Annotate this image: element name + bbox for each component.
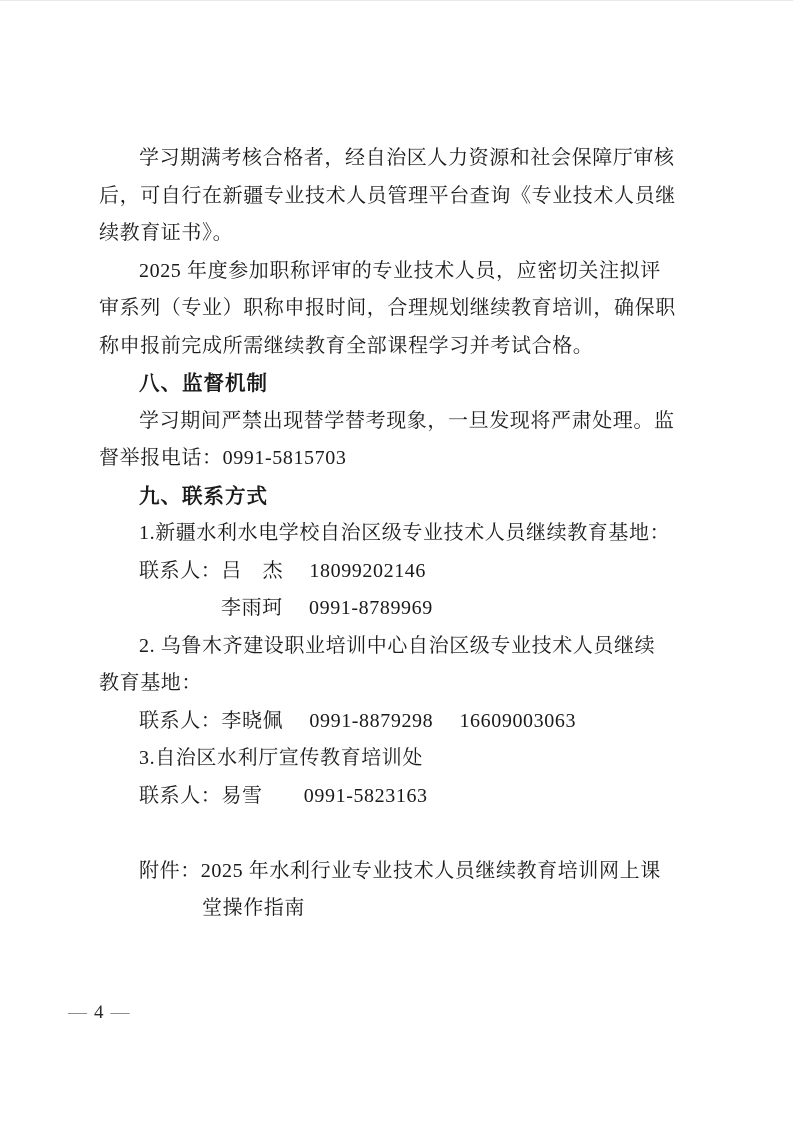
page-number-dash-left: — (68, 1002, 88, 1023)
section-heading-contacts: 九、联系方式 (99, 478, 699, 516)
paragraph-line: 2025 年度参加职称评审的专业技术人员，应密切关注拟评 (99, 253, 699, 291)
paragraph-line: 称申报前完成所需继续教育全部课程学习并考试合格。 (99, 328, 699, 366)
document-page: 学习期满考核合格者，经自治区人力资源和社会保障厅审核 后，可自行在新疆专业技术人… (0, 0, 793, 1123)
contact-base2-person: 联系人：李晓佩 0991-8879298 16609003063 (99, 703, 699, 741)
contact-base1-person1: 联系人：吕 杰 18099202146 (99, 553, 699, 591)
paragraph-line: 学习期满考核合格者，经自治区人力资源和社会保障厅审核 (99, 140, 699, 178)
attachment-note-cont: 堂操作指南 (99, 890, 699, 928)
document-body: 学习期满考核合格者，经自治区人力资源和社会保障厅审核 后，可自行在新疆专业技术人… (99, 140, 699, 928)
page-number-dash-right: — (111, 1002, 131, 1023)
contact-base1-title: 1.新疆水利水电学校自治区级专业技术人员继续教育基地： (99, 515, 699, 553)
attachment-note: 附件：2025 年水利行业专业技术人员继续教育培训网上课 (99, 853, 699, 891)
contact-base2-title-cont: 教育基地： (99, 665, 699, 703)
contact-base2-title: 2. 乌鲁木齐建设职业培训中心自治区级专业技术人员继续 (99, 628, 699, 666)
paragraph-line: 续教育证书》。 (99, 215, 699, 253)
paragraph-line: 审系列（专业）职称申报时间，合理规划继续教育培训，确保职 (99, 290, 699, 328)
contact-base3-title: 3.自治区水利厅宣传教育培训处 (99, 740, 699, 778)
page-number: —4— (68, 1000, 131, 1026)
paragraph-line: 学习期间严禁出现替学替考现象，一旦发现将严肃处理。监 (99, 403, 699, 441)
section-heading-supervision: 八、监督机制 (99, 365, 699, 403)
contact-base3-person: 联系人：易雪 0991-5823163 (99, 778, 699, 816)
paragraph-line: 后，可自行在新疆专业技术人员管理平台查询《专业技术人员继 (99, 178, 699, 216)
contact-base1-person2: 李雨珂 0991-8789969 (99, 590, 699, 628)
supervision-phone-line: 督举报电话：0991-5815703 (99, 440, 699, 478)
page-number-value: 4 (88, 1002, 111, 1023)
